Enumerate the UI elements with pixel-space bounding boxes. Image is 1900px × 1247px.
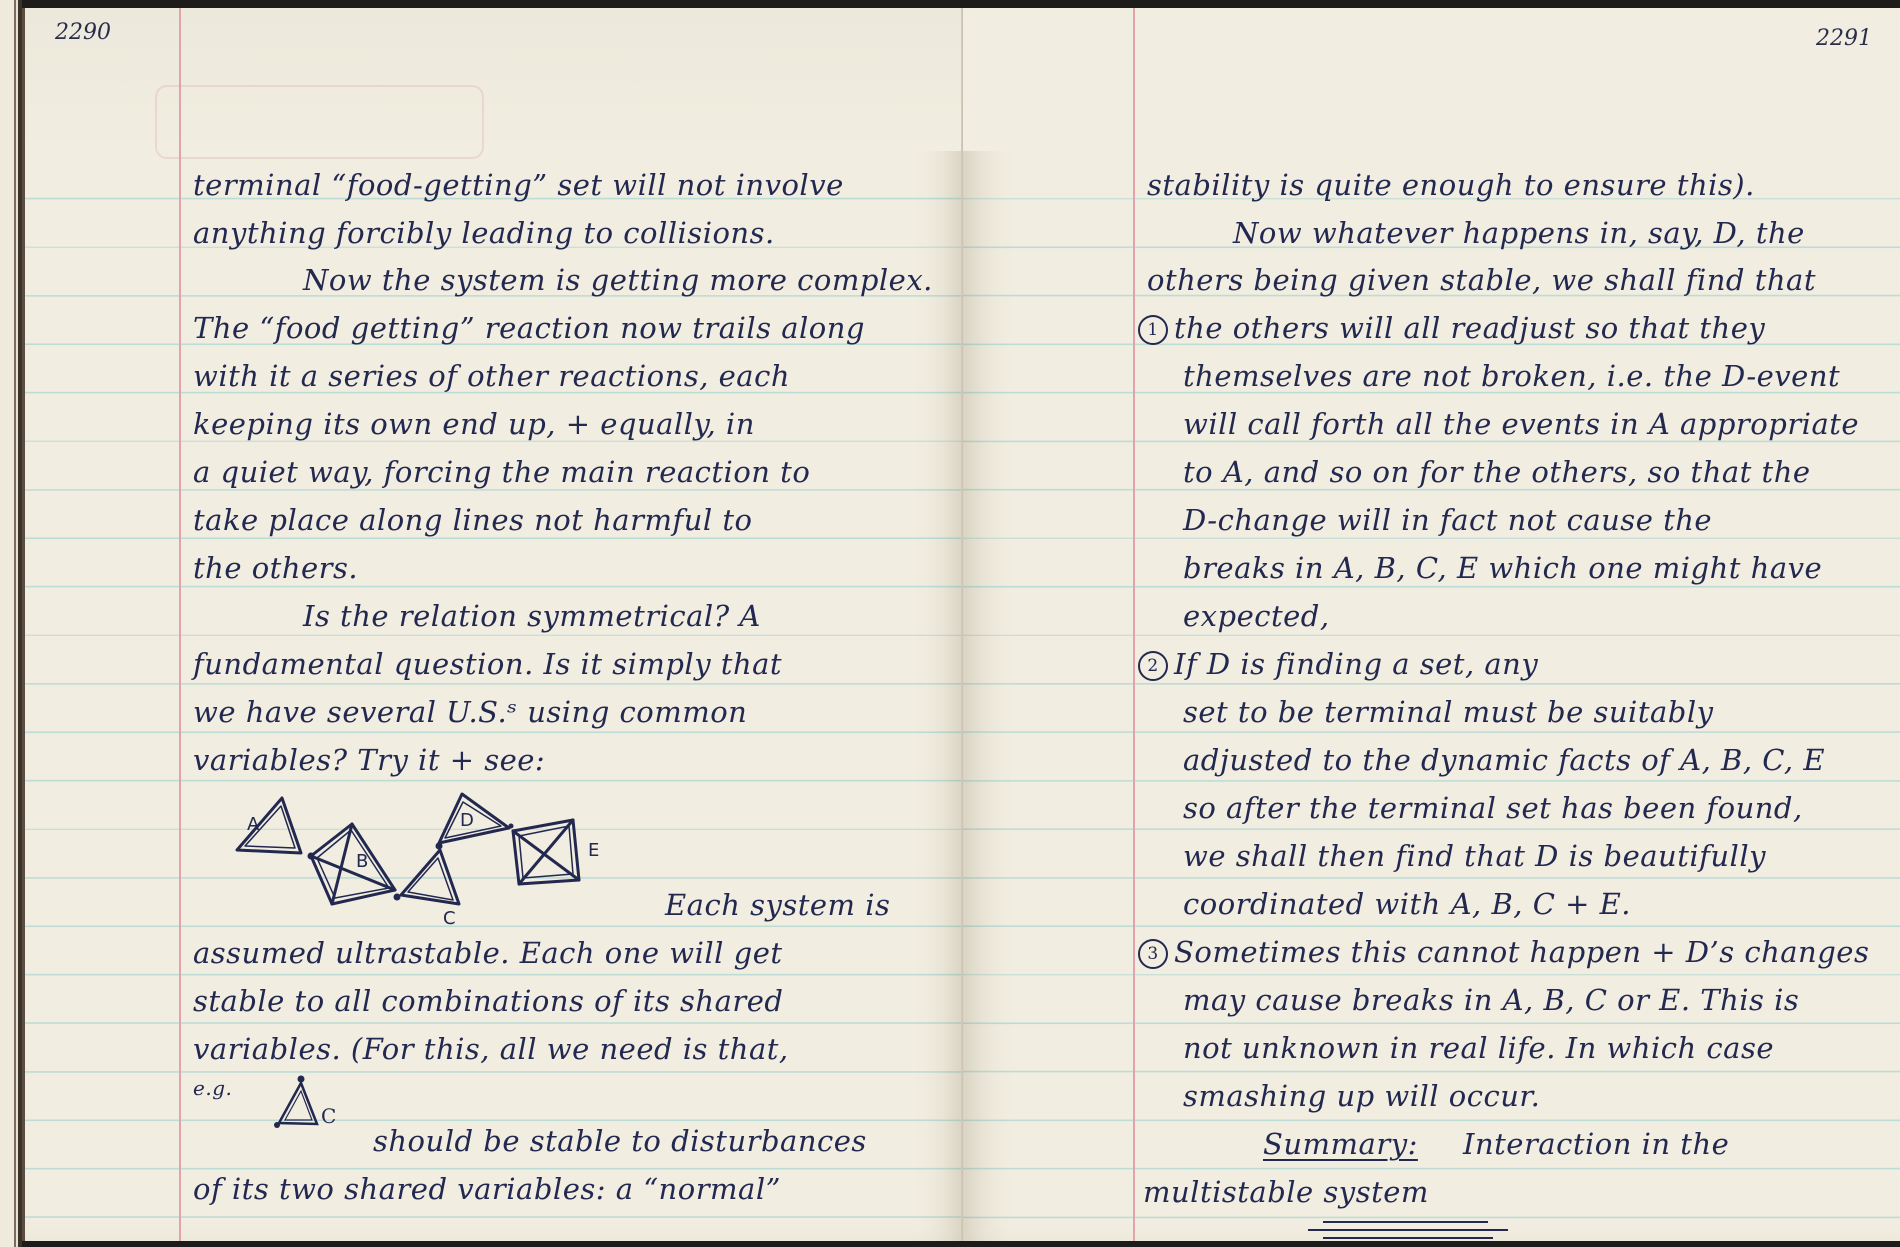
handwritten-line: Now the system is getting more complex.: [303, 263, 933, 297]
handwritten-line: D-change will in fact not cause the: [1183, 503, 1712, 537]
summary-text: multistable system: [1143, 1175, 1429, 1209]
diagram-label-b: B: [356, 851, 368, 872]
handwritten-line: terminal “food-getting” set will not inv…: [193, 168, 844, 202]
diagram-label-e: E: [588, 840, 599, 861]
handwritten-line: not unknown in real life. In which case: [1183, 1031, 1774, 1065]
handwritten-line: assumed ultrastable. Each one will get: [193, 936, 783, 970]
point-marker-2: 2: [1138, 651, 1168, 681]
numbered-point-3: 3Sometimes this cannot happen + D’s chan…: [1138, 935, 1869, 969]
right-margin-rule: [1133, 8, 1135, 1241]
handwritten-line: set to be terminal must be suitably: [1183, 695, 1713, 729]
handwritten-line: may cause breaks in A, B, C or E. This i…: [1183, 983, 1799, 1017]
point-marker-3: 3: [1138, 939, 1168, 969]
diagram-label-c: C: [443, 908, 456, 929]
left-margin-rule: [179, 8, 181, 1241]
end-rule: [1323, 1237, 1493, 1239]
right-page-number: 2291: [1816, 26, 1872, 51]
handwritten-line: variables. (For this, all we need is tha…: [193, 1032, 789, 1066]
left-page-number: 2290: [55, 20, 111, 45]
handwritten-line: stable to all combinations of its shared: [193, 984, 783, 1018]
handwritten-line: The “food getting” reaction now trails a…: [193, 311, 865, 345]
diagram-label-a: A: [247, 814, 260, 835]
handwritten-line: should be stable to disturbances: [373, 1124, 867, 1158]
handwritten-line: breaks in A, B, C, E which one might hav…: [1183, 551, 1822, 585]
handwritten-line: keeping its own end up, + equally, in: [193, 407, 755, 441]
handwritten-line: others being given stable, we shall find…: [1147, 263, 1816, 297]
handwritten-line: anything forcibly leading to collisions.: [193, 216, 775, 250]
point-marker-1: 1: [1138, 315, 1168, 345]
handwritten-line: fundamental question. Is it simply that: [193, 647, 782, 681]
handwritten-line: Is the relation symmetrical? A: [303, 599, 761, 633]
handwritten-line: we have several U.S.ˢ using common: [193, 695, 747, 729]
numbered-point-1: 1the others will all readjust so that th…: [1138, 311, 1765, 345]
eg-label: e.g.: [193, 1076, 232, 1100]
handwritten-line: themselves are not broken, i.e. the D-ev…: [1183, 359, 1840, 393]
notebook-binding: [0, 0, 22, 1247]
handwritten-line: with it a series of other reactions, eac…: [193, 359, 790, 393]
handwritten-line: stability is quite enough to ensure this…: [1147, 168, 1755, 202]
handwritten-line: the others.: [193, 551, 358, 585]
handwritten-line: of its two shared variables: a “normal”: [193, 1172, 781, 1206]
handwritten-line: coordinated with A, B, C + E.: [1183, 887, 1631, 921]
handwritten-line: expected,: [1183, 599, 1330, 633]
end-rule: [1323, 1221, 1488, 1223]
handwritten-line: adjusted to the dynamic facts of A, B, C…: [1183, 743, 1825, 777]
numbered-point-2: 2If D is finding a set, any: [1138, 647, 1538, 681]
handwritten-line: to A, and so on for the others, so that …: [1183, 455, 1811, 489]
handwritten-line: take place along lines not harmful to: [193, 503, 752, 537]
handwritten-line: we shall then find that D is beautifully: [1183, 839, 1766, 873]
handwritten-line: will call forth all the events in A appr…: [1183, 407, 1859, 441]
handwritten-line: so after the terminal set has been found…: [1183, 791, 1803, 825]
handwritten-line: a quiet way, forcing the main reaction t…: [193, 455, 810, 489]
diagram-label-d: D: [460, 810, 474, 831]
handwritten-line: variables? Try it + see:: [193, 743, 545, 777]
faded-stamp: [155, 85, 484, 159]
left-page: 2290 terminal “food-getting” set will no…: [22, 8, 966, 1241]
summary-heading: Summary:: [1263, 1127, 1418, 1161]
end-rule: [1308, 1229, 1508, 1231]
handwritten-line: Each system is: [665, 888, 890, 922]
handwritten-line: smashing up will occur.: [1183, 1079, 1540, 1113]
handwritten-line: Now whatever happens in, say, D, the: [1233, 216, 1805, 250]
notebook-spread: 2290 terminal “food-getting” set will no…: [0, 0, 1900, 1247]
right-page: 2291 stability is quite enough to ensure…: [963, 8, 1900, 1241]
summary-text: Interaction in the: [1463, 1127, 1729, 1161]
eg-triangle-label: C: [321, 1104, 337, 1128]
